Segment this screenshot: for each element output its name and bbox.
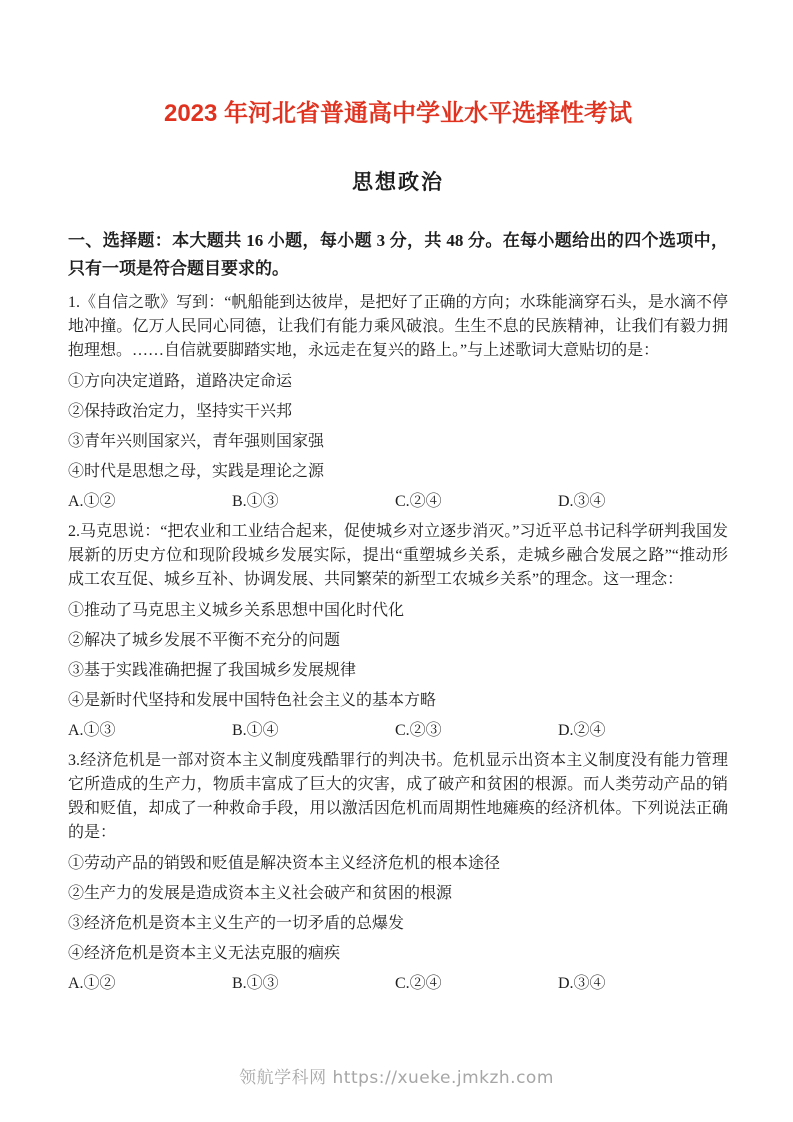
question-list: 1.《自信之歌》写到：“帆船能到达彼岸，是把好了正确的方向；水珠能滴穿石头，是水… [68,291,728,996]
page-content: 2023 年河北省普通高中学业水平选择性考试 思想政治 一、选择题：本大题共 1… [68,0,728,1002]
choice-option: B.①④ [232,719,395,743]
question-stem: 1.《自信之歌》写到：“帆船能到达彼岸，是把好了正确的方向；水珠能滴穿石头，是水… [68,291,728,363]
question-block: 3.经济危机是一部对资本主义制度残酷罪行的判决书。危机显示出资本主义制度没有能力… [68,749,728,996]
question-item: ②保持政治定力，坚持实干兴邦 [68,400,728,424]
question-item: ①方向决定道路，道路决定命运 [68,370,728,394]
choice-option: A.①③ [68,719,232,743]
question-items: ①劳动产品的销毁和贬值是解决资本主义经济危机的根本途径②生产力的发展是造成资本主… [68,852,728,966]
question-item: ③青年兴则国家兴，青年强则国家强 [68,430,728,454]
question-item: ①劳动产品的销毁和贬值是解决资本主义经济危机的根本途径 [68,852,728,876]
choice-row: A.①②B.①③C.②④D.③④ [68,490,728,514]
question-block: 2.马克思说：“把农业和工业结合起来，促使城乡对立逐步消灭。”习近平总书记科学研… [68,520,728,743]
question-item: ④是新时代坚持和发展中国特色社会主义的基本方略 [68,689,728,713]
choice-row: A.①③B.①④C.②③D.②④ [68,719,728,743]
choice-row: A.①②B.①③C.②④D.③④ [68,972,728,996]
choice-option: A.①② [68,490,232,514]
choice-option: D.③④ [558,490,728,514]
question-item: ②解决了城乡发展不平衡不充分的问题 [68,629,728,653]
question-item: ②生产力的发展是造成资本主义社会破产和贫困的根源 [68,882,728,906]
choice-option: B.①③ [232,972,395,996]
choice-option: C.②④ [395,972,558,996]
question-item: ①推动了马克思主义城乡关系思想中国化时代化 [68,599,728,623]
watermark-footer: 领航学科网 https://xueke.jmkzh.com [0,1063,793,1088]
question-items: ①方向决定道路，道路决定命运②保持政治定力，坚持实干兴邦③青年兴则国家兴，青年强… [68,370,728,484]
question-item: ④经济危机是资本主义无法克服的痼疾 [68,942,728,966]
subject-title: 思想政治 [68,128,728,194]
choice-option: C.②④ [395,490,558,514]
question-item: ③基于实践准确把握了我国城乡发展规律 [68,659,728,683]
question-block: 1.《自信之歌》写到：“帆船能到达彼岸，是把好了正确的方向；水珠能滴穿石头，是水… [68,291,728,514]
question-item: ④时代是思想之母，实践是理论之源 [68,460,728,484]
choice-option: A.①② [68,972,232,996]
choice-option: D.③④ [558,972,728,996]
exam-title: 2023 年河北省普通高中学业水平选择性考试 [68,0,728,128]
watermark-text: 领航学科网 https://xueke.jmkzh.com [239,1068,554,1088]
choice-option: D.②④ [558,719,728,743]
choice-option: C.②③ [395,719,558,743]
choice-option: B.①③ [232,490,395,514]
question-item: ③经济危机是资本主义生产的一切矛盾的总爆发 [68,912,728,936]
section-instructions: 一、选择题：本大题共 16 小题，每小题 3 分，共 48 分。在每小题给出的四… [68,194,728,283]
question-stem: 2.马克思说：“把农业和工业结合起来，促使城乡对立逐步消灭。”习近平总书记科学研… [68,520,728,592]
question-stem: 3.经济危机是一部对资本主义制度残酷罪行的判决书。危机显示出资本主义制度没有能力… [68,749,728,845]
question-items: ①推动了马克思主义城乡关系思想中国化时代化②解决了城乡发展不平衡不充分的问题③基… [68,599,728,713]
exam-page: 2023 年河北省普通高中学业水平选择性考试 思想政治 一、选择题：本大题共 1… [0,0,793,1122]
